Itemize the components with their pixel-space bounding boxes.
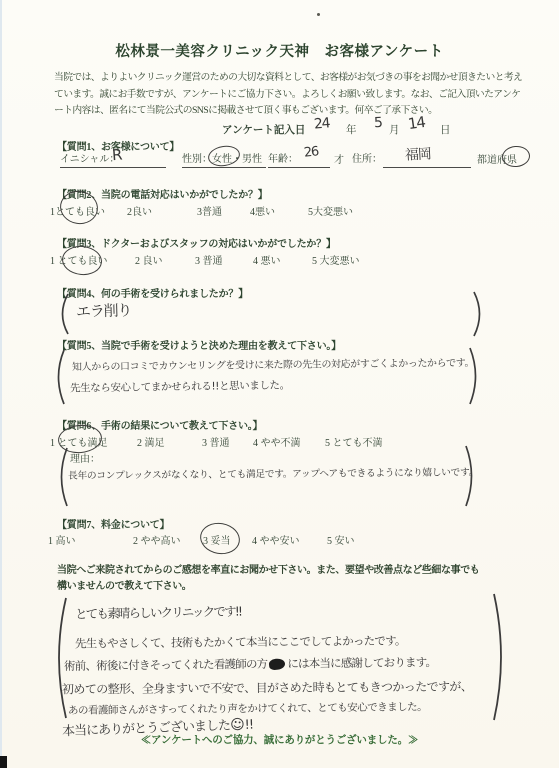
date-year-unit: 年 [346, 122, 357, 137]
q1-fields-row: イニシャル： R 性別：女性・男性 年齢： 26 才 住所： 福岡 都道府県 [0, 150, 559, 172]
comment-line3: 術前、術後に付きそってくれた看護師の方には本当に感謝しております。 [64, 654, 436, 674]
page-title: 松林景一美容クリニック天神 お客様アンケート [0, 40, 559, 61]
age-unit: 才 [334, 151, 344, 166]
q4-heading: 【質問4、何の手術を受けられましたか？】 [57, 285, 248, 300]
q2-option-5: 5大変悪い [308, 203, 353, 218]
q5-answer-line1: 知人からの口コミでカウンセリングを受けに来た際の先生の対応がすごくよかったからで… [72, 354, 474, 373]
intro-paragraph: 当院では、よりよいクリニック運営のための大切な資料として、お客様がお気づきの事を… [54, 70, 522, 120]
q2-option-3: 3普通 [197, 203, 222, 218]
q6-option-4: 4 やや不満 [253, 434, 301, 449]
scan-speck [317, 13, 320, 16]
q2-option-4: 4悪い [250, 203, 275, 218]
q6-reason-label: 理由： [70, 450, 100, 465]
q3-option-4: 4 悪い [253, 252, 281, 267]
scan-corner-mark [0, 756, 7, 768]
q7-option-4: 4 やや安い [252, 532, 300, 547]
free-comment-prompt: 当院へご来院されてからのご感想を率直にお聞かせ下さい。また、要望や改善点など些細… [57, 563, 479, 595]
q7-selection-circle [198, 520, 243, 557]
initial-field: イニシャル： R [60, 150, 166, 168]
age-field: 年齢： 26 [268, 150, 330, 168]
q7-option-1: 1 高い [48, 532, 76, 547]
comment-line3-before: 術前、術後に付きそってくれた看護師の方 [64, 657, 267, 673]
q4-answer-bracket-left [56, 292, 70, 336]
date-day-value: 14 [407, 113, 426, 133]
comment-line1: とても素晴らしいクリニックです!! [75, 602, 241, 623]
redaction-scribble [269, 658, 286, 671]
comment-line3-after: には本当に感謝しております。 [287, 655, 436, 671]
age-value: 26 [303, 144, 319, 160]
date-month-unit: 月 [389, 122, 400, 137]
date-day-unit: 日 [440, 122, 451, 137]
scanned-survey-page: 松林景一美容クリニック天神 お客様アンケート 当院では、よりよいクリニック運営の… [0, 0, 559, 768]
footer-thanks: ≪アンケートへのご協力、誠にありがとうございました。≫ [0, 732, 559, 747]
date-label: アンケート記入日 [222, 122, 305, 137]
q6-option-5: 5 とても不満 [325, 434, 383, 449]
address-label: 住所： [352, 150, 382, 167]
q2-option-2: 2良い [127, 203, 152, 218]
address-value: 福岡 [404, 143, 431, 164]
q7-option-5: 5 安い [327, 532, 355, 547]
q7-option-2: 2 やや高い [133, 532, 181, 547]
comment-line2: 先生もやさしくて、技術もたかくて本当にここでしてよかったです。 [75, 633, 406, 652]
comment-bracket-right [492, 592, 508, 722]
date-month-value: 5 [374, 115, 383, 131]
q6-option-2: 2 満足 [137, 434, 165, 449]
scan-edge-strip [0, 0, 2, 768]
q5-answer-line2: 先生なら安心してまかせられる!!と思いました。 [70, 377, 290, 395]
q3-option-5: 5 大変悪い [312, 252, 360, 267]
q3-option-3: 3 普通 [195, 252, 223, 267]
q4-answer-text: エラ削り [76, 299, 132, 321]
q4-answer-bracket-right [472, 290, 486, 338]
date-year-value: 24 [313, 115, 330, 132]
comment-line6-end: !! [244, 718, 253, 733]
q3-heading: 【質問3、ドクターおよびスタッフの対応はいかがでしたか？】 [57, 235, 336, 250]
q5-answer-bracket-left [52, 348, 66, 406]
address-field: 福岡 [383, 150, 471, 168]
q7-options-row: 1 高い 2 やや高い 3 妥当 4 やや安い 5 安い [0, 532, 559, 548]
q6-option-3: 3 普通 [202, 434, 230, 449]
age-label: 年齢： [268, 154, 298, 165]
q5-heading: 【質問5、当院で手術を受けようと決めた理由を教えて下さい。】 [57, 337, 341, 352]
q6-reason-text: 長年のコンプレックスがなくなり、とても満足です。アップヘアもできるようになり嬉し… [68, 464, 478, 482]
q3-option-2: 2 良い [135, 252, 163, 267]
initial-value: R [111, 146, 121, 165]
q7-heading: 【質問7、料金について】 [57, 516, 169, 531]
q6-reason-bracket-left [55, 446, 69, 508]
initial-label: イニシャル： [60, 154, 119, 165]
comment-line4: 初めての整形、全身ますいで不安で、目がさめた時もとてもきつかったですが、 [62, 678, 472, 698]
